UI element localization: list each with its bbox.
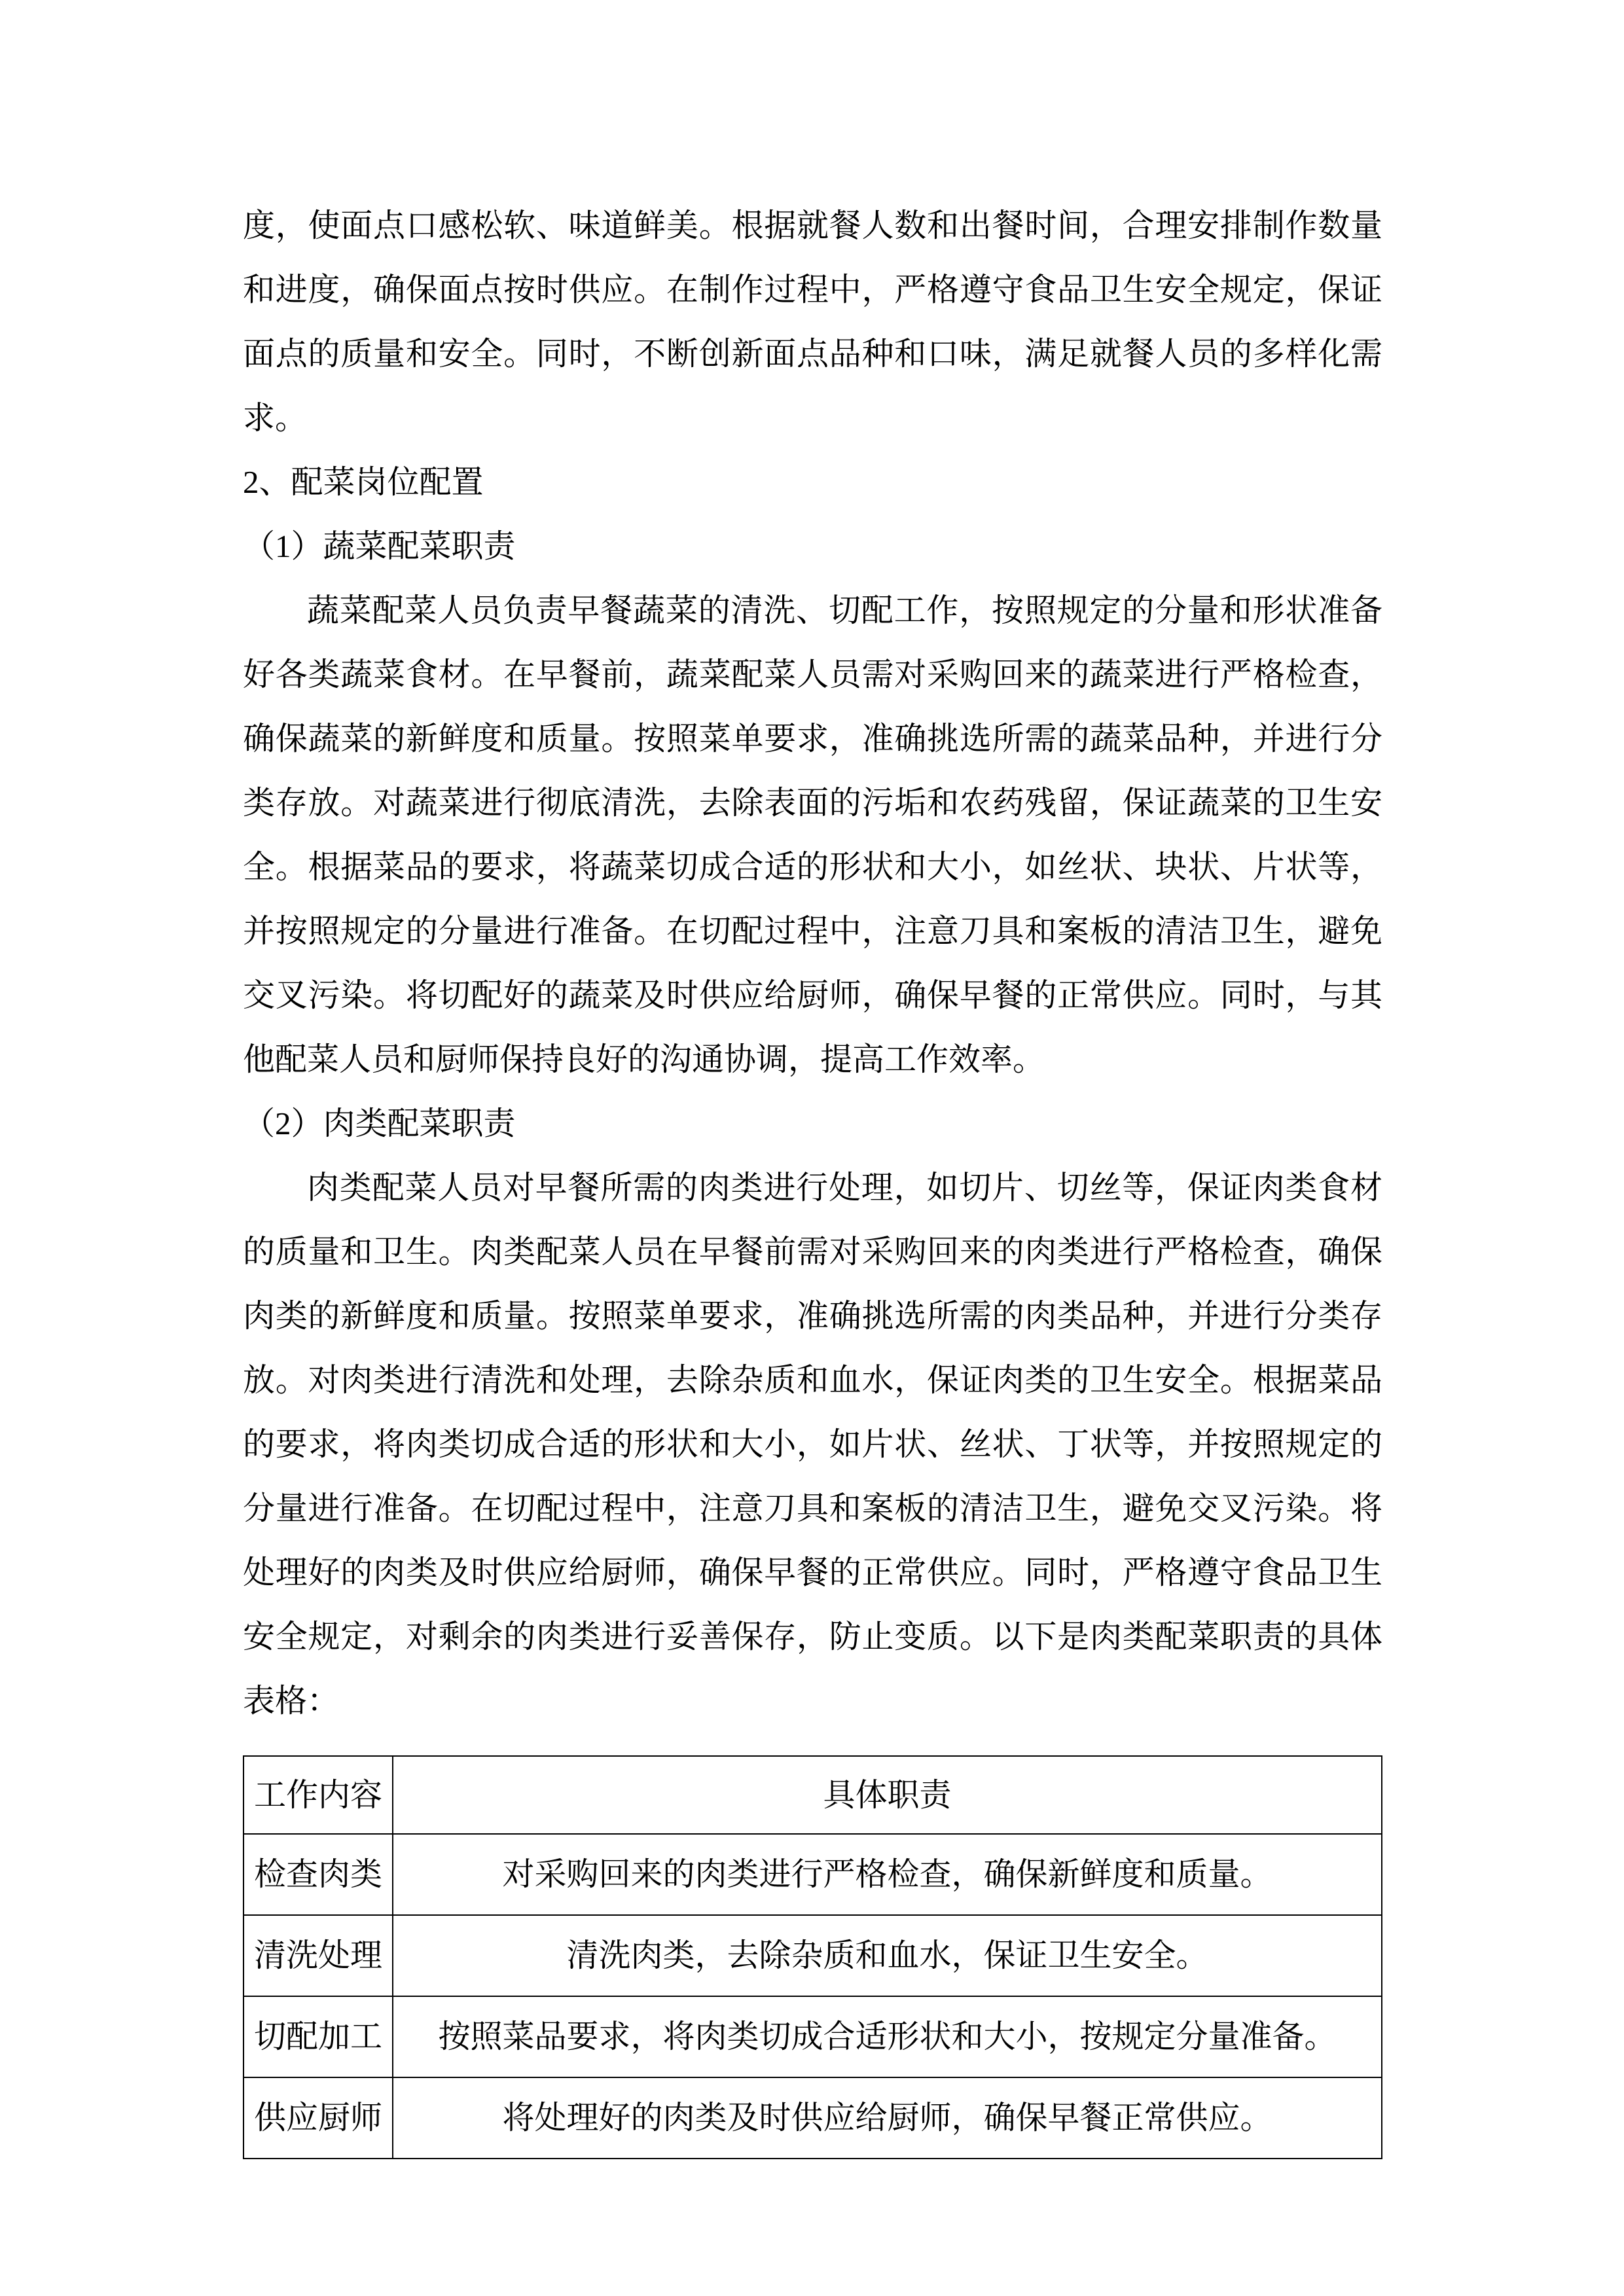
table-cell-task-name: 切配加工 xyxy=(244,1996,393,2077)
document-page: 度，使面点口感松软、味道鲜美。根据就餐人数和出餐时间，合理安排制作数量和进度，确… xyxy=(0,0,1624,2296)
table-row-cut-prepare: 切配加工 按照菜品要求，将肉类切成合适形状和大小，按规定分量准备。 xyxy=(244,1996,1382,2077)
document-content: 度，使面点口感松软、味道鲜美。根据就餐人数和出餐时间，合理安排制作数量和进度，确… xyxy=(243,194,1382,2159)
table-cell-task-detail: 按照菜品要求，将肉类切成合适形状和大小，按规定分量准备。 xyxy=(393,1996,1382,2077)
heading-peicai-post-config: 2、配菜岗位配置 xyxy=(243,450,1382,514)
meat-duty-table: 工作内容 具体职责 检查肉类 对采购回来的肉类进行严格检查，确保新鲜度和质量。 … xyxy=(243,1755,1382,2159)
table-header-specific-duty: 具体职责 xyxy=(393,1756,1382,1834)
paragraph-pastry-continuation: 度，使面点口感松软、味道鲜美。根据就餐人数和出餐时间，合理安排制作数量和进度，确… xyxy=(243,194,1382,450)
table-cell-task-detail: 将处理好的肉类及时供应给厨师，确保早餐正常供应。 xyxy=(393,2077,1382,2159)
heading-vegetable-duty: （1）蔬菜配菜职责 xyxy=(243,514,1382,579)
table-row-check-meat: 检查肉类 对采购回来的肉类进行严格检查，确保新鲜度和质量。 xyxy=(244,1834,1382,1915)
heading-meat-duty: （2）肉类配菜职责 xyxy=(243,1092,1382,1156)
table-row-wash-process: 清洗处理 清洗肉类，去除杂质和血水，保证卫生安全。 xyxy=(244,1915,1382,1996)
paragraph-meat-duty: 肉类配菜人员对早餐所需的肉类进行处理，如切片、切丝等，保证肉类食材的质量和卫生。… xyxy=(243,1156,1382,1733)
table-cell-task-name: 供应厨师 xyxy=(244,2077,393,2159)
table-header-row: 工作内容 具体职责 xyxy=(244,1756,1382,1834)
table-header-work-content: 工作内容 xyxy=(244,1756,393,1834)
table-row-supply-chef: 供应厨师 将处理好的肉类及时供应给厨师，确保早餐正常供应。 xyxy=(244,2077,1382,2159)
paragraph-vegetable-duty: 蔬菜配菜人员负责早餐蔬菜的清洗、切配工作，按照规定的分量和形状准备好各类蔬菜食材… xyxy=(243,579,1382,1092)
table-cell-task-name: 清洗处理 xyxy=(244,1915,393,1996)
table-cell-task-detail: 对采购回来的肉类进行严格检查，确保新鲜度和质量。 xyxy=(393,1834,1382,1915)
table-cell-task-detail: 清洗肉类，去除杂质和血水，保证卫生安全。 xyxy=(393,1915,1382,1996)
table-cell-task-name: 检查肉类 xyxy=(244,1834,393,1915)
